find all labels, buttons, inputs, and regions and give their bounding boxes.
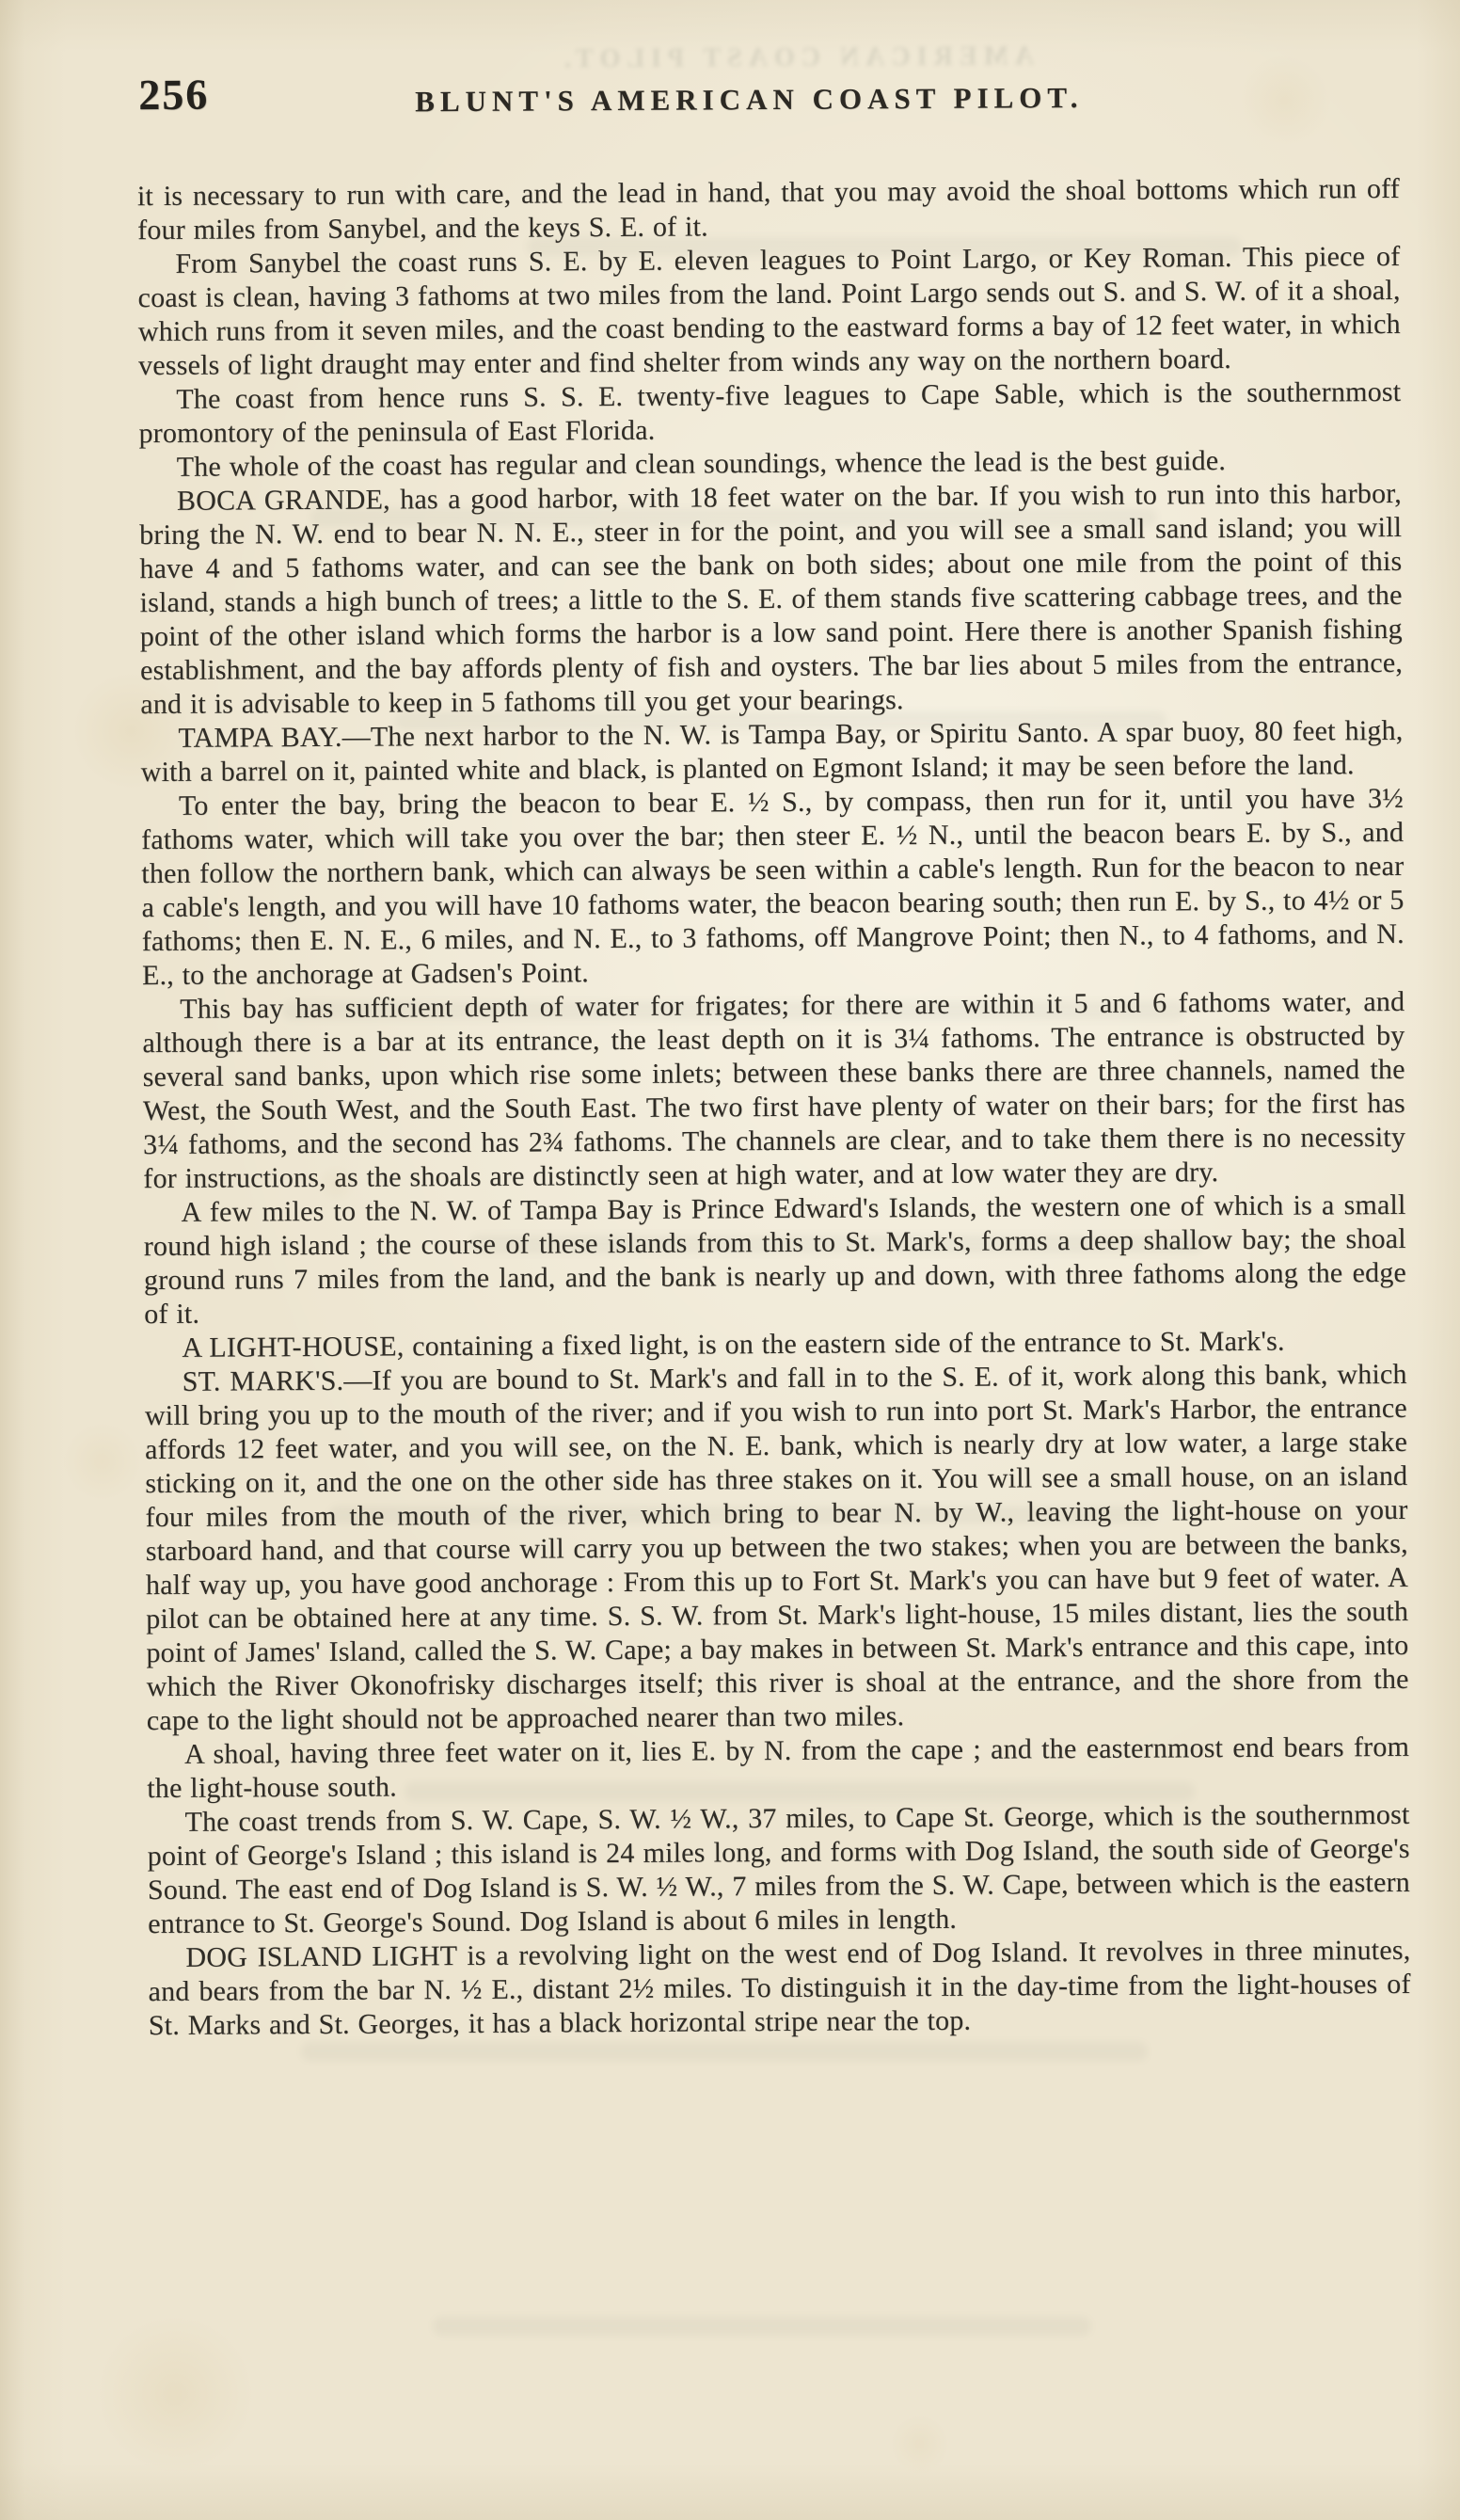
paragraph-tampa-bay: TAMPA BAY.—The next harbor to the N. W. …: [140, 714, 1403, 789]
paragraph: The coast from hence runs S. S. E. twent…: [138, 375, 1401, 451]
bleedthrough-smudge: [301, 2042, 1148, 2061]
running-title: BLUNT'S AMERICAN COAST PILOT.: [136, 79, 1361, 120]
paragraph: A few miles to the N. W. of Tampa Bay is…: [143, 1188, 1406, 1332]
paragraph-boca-grande: BOCA GRANDE, has a good harbor, with 18 …: [139, 477, 1404, 722]
paragraph: To enter the bay, bring the beacon to be…: [141, 782, 1404, 993]
paragraph-continuation: it is necessary to run with care, and th…: [137, 172, 1400, 247]
bleedthrough-smudge: [433, 2317, 1091, 2336]
page-content: AMERICAN COAST PILOT. 256 BLUNT'S AMERIC…: [136, 0, 1411, 2043]
paragraph: A shoal, having three feet water on it, …: [147, 1731, 1409, 1806]
book-page-scan: AMERICAN COAST PILOT. 256 BLUNT'S AMERIC…: [0, 0, 1460, 2520]
paragraph-dog-island-light: DOG ISLAND LIGHT is a revolving light on…: [148, 1934, 1411, 2043]
paragraph-st-marks: ST. MARK'S.—If you are bound to St. Mark…: [145, 1358, 1409, 1738]
page-body: it is necessary to run with care, and th…: [137, 172, 1411, 2043]
paragraph: The coast trends from S. W. Cape, S. W. …: [147, 1798, 1410, 1941]
page-header: AMERICAN COAST PILOT. 256 BLUNT'S AMERIC…: [136, 0, 1400, 180]
bleedthrough-title-text: AMERICAN COAST PILOT.: [193, 40, 1399, 77]
paragraph: This bay has sufficient depth of water f…: [142, 985, 1405, 1196]
paragraph: From Sanybel the coast runs S. E. by E. …: [137, 240, 1401, 383]
